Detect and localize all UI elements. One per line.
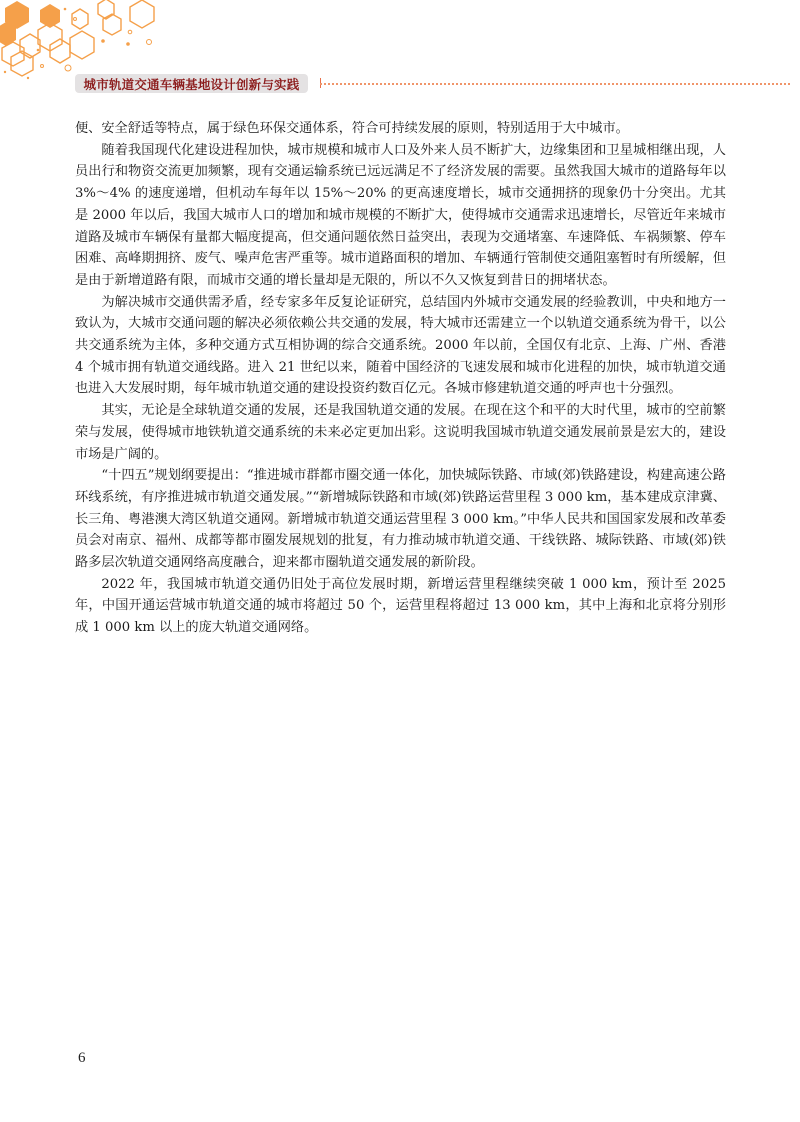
- page-number: 6: [78, 1050, 86, 1067]
- running-header: 城市轨道交通车辆基地设计创新与实践: [75, 74, 308, 93]
- running-title: 城市轨道交通车辆基地设计创新与实践: [84, 75, 300, 93]
- paragraph: “十四五”规划纲要提出：“推进城市群都市圈交通一体化，加快城际铁路、市域(郊)铁…: [75, 465, 726, 574]
- paragraph: 2022 年，我国城市轨道交通仍旧处于高位发展时期，新增运营里程继续突破 1 0…: [75, 574, 726, 639]
- paragraph: 为解决城市交通供需矛盾，经专家多年反复论证研究，总结国内外城市交通发展的经验教训…: [75, 292, 726, 401]
- paragraph: 便、安全舒适等特点，属于绿色环保交通体系，符合可持续发展的原则，特别适用于大中城…: [75, 118, 726, 140]
- header-divider: [320, 83, 790, 85]
- paragraph: 随着我国现代化建设进程加快，城市规模和城市人口及外来人员不断扩大，边缘集团和卫星…: [75, 140, 726, 292]
- paragraph: 其实，无论是全球轨道交通的发展，还是我国轨道交通的发展。在现在这个和平的大时代里…: [75, 400, 726, 465]
- body-text: 便、安全舒适等特点，属于绿色环保交通体系，符合可持续发展的原则，特别适用于大中城…: [75, 118, 726, 639]
